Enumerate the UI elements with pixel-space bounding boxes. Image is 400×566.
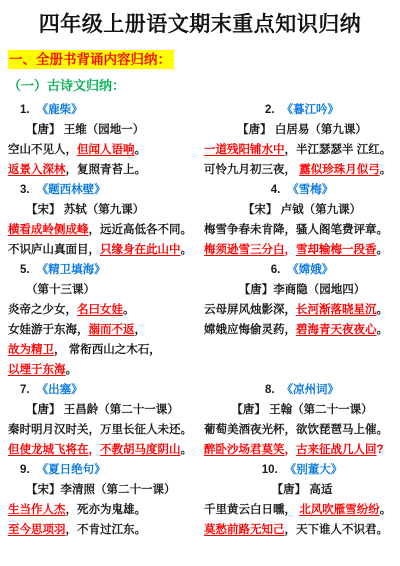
poem-title: 《雪梅》	[287, 184, 333, 196]
poem-title: 《嫦娥》	[287, 264, 333, 276]
poem-number: 1.	[20, 104, 30, 116]
poem-title-line: 10.《别董大》	[204, 460, 400, 480]
key-punctuation: ，	[285, 244, 297, 256]
blank-line	[204, 360, 400, 380]
key-phrase: 故为精卫	[8, 344, 54, 356]
key-phrase: 以堙于东海	[8, 364, 66, 376]
verse-text: 炎帝之少女，	[8, 304, 77, 316]
verse-text: 空山不见人，	[8, 144, 77, 156]
poem-verse-line: 女娃游于东海，溺而不返，	[8, 320, 200, 340]
poem-verse-line: 醉卧沙场君莫笑，古来征战几人回?	[204, 440, 400, 460]
verse-text: 不识庐山真面目，	[8, 244, 100, 256]
poem-verse-line: 至今思项羽，不肯过江东。	[8, 520, 200, 540]
verse-text: 。	[377, 244, 389, 256]
poem-author-line: 【宋】 苏轼（第九课）	[8, 200, 200, 220]
verse-text: ， 常衔西山之木石，	[54, 344, 161, 356]
key-phrase: 露似珍珠月似弓	[299, 164, 380, 176]
key-phrase: 只缘身在此山中	[100, 244, 181, 256]
key-phrase: 莫愁前路无知己	[204, 524, 285, 536]
key-phrase: 不教胡马度阴山	[100, 444, 181, 456]
key-phrase: 一道残阳铺水中	[204, 144, 285, 156]
poem-verse-line: 梅须逊雪三分白，雪却输梅一段香。	[204, 240, 400, 260]
section-heading-highlighted: 一、全册书背诵内容归纳：	[8, 50, 174, 69]
poem-verse-line: 横看成岭侧成峰，远近高低各不同。	[8, 220, 200, 240]
verse-text: 。	[123, 304, 135, 316]
key-phrase: 名曰女娃	[77, 304, 123, 316]
subsection-heading: （一）古诗文归纳：	[8, 75, 400, 94]
poem-author-line: 【宋】李清照（第二十一课）	[8, 480, 200, 500]
poem-column-right: 2.《暮江吟》【唐】 白居易（第九课）一道残阳铺水中，半江瑟瑟半 江红。可怜九月…	[200, 100, 400, 540]
key-phrase: 醉卧沙场君莫笑	[204, 444, 285, 456]
verse-text: ，不肯过江东。	[66, 524, 147, 536]
section-heading-row: 一、全册书背诵内容归纳：	[8, 50, 400, 69]
key-phrase: 横看成岭侧成峰	[8, 224, 89, 236]
poem-title-line: 5.《精卫填海》	[8, 260, 200, 280]
verse-text: 【宋】 卢钺（第九课）	[243, 204, 361, 216]
key-phrase: 北风吹雁雪纷纷	[299, 504, 380, 516]
poem-verse-line: 云母屏风烛影深，长河渐落晓星沉。	[204, 300, 400, 320]
verse-text: 。	[380, 504, 392, 516]
key-phrase: 长河渐落晓星沉	[296, 304, 377, 316]
poem-verse-line: 千里黄云白日曛， 北风吹雁雪纷纷。	[204, 500, 400, 520]
verse-text: 。	[377, 304, 389, 316]
poem-verse-line: 可怜九月初三夜， 露似珍珠月似弓。	[204, 160, 400, 180]
key-phrase: 返景入深林	[8, 164, 66, 176]
poem-verse-line: 莫愁前路无知己，天下谁人不识君。	[204, 520, 400, 540]
poem-number: 3.	[20, 184, 30, 196]
verse-text: 【宋】 苏轼（第九课）	[26, 204, 144, 216]
poem-number: 7.	[20, 384, 30, 396]
verse-text: 千里黄云白日曛，	[204, 504, 299, 516]
verse-text: 【唐】 王昌龄（第二十一课）	[26, 404, 179, 416]
poem-author-line: 【唐】 白居易（第九课）	[204, 120, 400, 140]
verse-text: ，远近高低各不同。	[89, 224, 193, 236]
poem-author-line: 【唐】李商隐（园地四）	[204, 280, 400, 300]
poem-title-line: 8.《凉州词》	[204, 380, 400, 400]
blank-line	[204, 340, 400, 360]
poem-title-line: 7.《出塞》	[8, 380, 200, 400]
poem-title: 《夏日绝句》	[37, 464, 106, 476]
key-phrase: 溺而不返	[89, 324, 135, 336]
poem-title-line: 1.《鹿柴》	[8, 100, 200, 120]
poem-title-line: 2.《暮江吟》	[204, 100, 400, 120]
poem-title: 《精卫填海》	[37, 264, 106, 276]
verse-text: 女娃游于东海，	[8, 324, 89, 336]
poem-verse-line: 空山不见人，但闻人语响。	[8, 140, 200, 160]
poem-title: 《题西林壁》	[37, 184, 106, 196]
poem-verse-line: 但使龙城飞将在，不教胡马度阴山。	[8, 440, 200, 460]
key-punctuation: ，	[285, 444, 297, 456]
verse-text: （第十三课）	[26, 284, 95, 296]
key-punctuation: ?	[377, 444, 384, 456]
poem-number: 2.	[265, 104, 275, 116]
verse-text: ，天下谁人不识君。	[285, 524, 389, 536]
verse-text: 。	[66, 364, 78, 376]
verse-text: 可怜九月初三夜，	[204, 164, 299, 176]
poem-verse-line: 以堙于东海。	[8, 360, 200, 380]
verse-text: 。	[377, 324, 389, 336]
poem-number: 6.	[271, 264, 281, 276]
key-phrase: 碧海青天夜夜心	[296, 324, 377, 336]
verse-text: 。	[181, 244, 193, 256]
key-phrase: 但使龙城飞将在	[8, 444, 89, 456]
verse-text: 。	[135, 144, 147, 156]
verse-text: 【唐】 王维（园地一）	[26, 124, 144, 136]
poem-author-line: 【唐】 王翰（第二十一课）	[204, 400, 400, 420]
poem-verse-line: 一道残阳铺水中，半江瑟瑟半 江红。	[204, 140, 400, 160]
poem-number: 10.	[262, 464, 278, 476]
verse-text: ，复照青苔上。	[66, 164, 147, 176]
verse-text: 嫦娥应悔偷灵药，	[204, 324, 296, 336]
key-punctuation: ，	[89, 444, 101, 456]
poem-title: 《凉州词》	[282, 384, 340, 396]
poem-verse-line: 不识庐山真面目，只缘身在此山中。	[8, 240, 200, 260]
verse-text: ，	[135, 324, 147, 336]
poem-title: 《暮江吟》	[282, 104, 340, 116]
verse-text: 梅雪争春未肯降，骚人阁笔费评章。	[204, 224, 388, 236]
poem-verse-line: 返景入深林，复照青苔上。	[8, 160, 200, 180]
key-phrase: 古来征战几人回	[296, 444, 377, 456]
key-phrase: 至今思项羽	[8, 524, 66, 536]
verse-text: 【唐】 高适	[272, 484, 333, 496]
page-title: 四年级上册语文期末重点知识归纳	[4, 12, 396, 38]
worksheet-page: 四年级上册语文期末重点知识归纳 一、全册书背诵内容归纳： （一）古诗文归纳： 1…	[0, 0, 400, 566]
key-phrase: 梅须逊雪三分白	[204, 244, 285, 256]
poem-author-line: 【唐】 高适	[204, 480, 400, 500]
poem-verse-line: 嫦娥应悔偷灵药，碧海青天夜夜心。	[204, 320, 400, 340]
poem-title: 《出塞》	[37, 384, 83, 396]
poem-title: 《别董大》	[285, 464, 343, 476]
poem-number: 8.	[265, 384, 275, 396]
verse-text: 【唐】 白居易（第九课）	[237, 124, 367, 136]
key-phrase: 但闻人语响	[77, 144, 135, 156]
poem-number: 4.	[271, 184, 281, 196]
poem-verse-line: 梅雪争春未肯降，骚人阁笔费评章。	[204, 220, 400, 240]
verse-text: 葡萄美酒夜光杯，欲饮琵琶马上催。	[204, 424, 388, 436]
verse-text: 秦时明月汉时关，万里长征人未还。	[8, 424, 192, 436]
poem-title-line: 6.《嫦娥》	[204, 260, 400, 280]
key-phrase: 生当作人杰	[8, 504, 66, 516]
poem-title: 《鹿柴》	[37, 104, 83, 116]
poem-number: 9.	[20, 464, 30, 476]
poem-number: 5.	[20, 264, 30, 276]
verse-text: 【唐】 王翰（第二十一课）	[231, 404, 372, 416]
poem-verse-line: 炎帝之少女，名曰女娃。	[8, 300, 200, 320]
poem-author-line: 【宋】 卢钺（第九课）	[204, 200, 400, 220]
verse-text: 云母屏风烛影深，	[204, 304, 296, 316]
key-phrase: 雪却输梅一段香	[296, 244, 377, 256]
verse-text: 。	[380, 164, 392, 176]
poem-verse-line: 葡萄美酒夜光杯，欲饮琵琶马上催。	[204, 420, 400, 440]
poem-columns: 1.《鹿柴》【唐】 王维（园地一）空山不见人，但闻人语响。返景入深林，复照青苔上…	[0, 100, 400, 540]
poem-author-line: （第十三课）	[8, 280, 200, 300]
verse-text: 。	[181, 444, 193, 456]
poem-verse-line: 故为精卫， 常衔西山之木石，	[8, 340, 200, 360]
poem-title-line: 3.《题西林壁》	[8, 180, 200, 200]
poem-column-left: 1.《鹿柴》【唐】 王维（园地一）空山不见人，但闻人语响。返景入深林，复照青苔上…	[0, 100, 200, 540]
poem-title-line: 4.《雪梅》	[204, 180, 400, 200]
verse-text: 【唐】李商隐（园地四）	[239, 284, 366, 296]
poem-verse-line: 生当作人杰，死亦为鬼雄。	[8, 500, 200, 520]
verse-text: ，死亦为鬼雄。	[66, 504, 147, 516]
poem-title-line: 9.《夏日绝句》	[8, 460, 200, 480]
verse-text: 【宋】李清照（第二十一课）	[26, 484, 176, 496]
poem-author-line: 【唐】 王昌龄（第二十一课）	[8, 400, 200, 420]
verse-text: ，半江瑟瑟半 江红。	[285, 144, 392, 156]
poem-author-line: 【唐】 王维（园地一）	[8, 120, 200, 140]
poem-verse-line: 秦时明月汉时关，万里长征人未还。	[8, 420, 200, 440]
